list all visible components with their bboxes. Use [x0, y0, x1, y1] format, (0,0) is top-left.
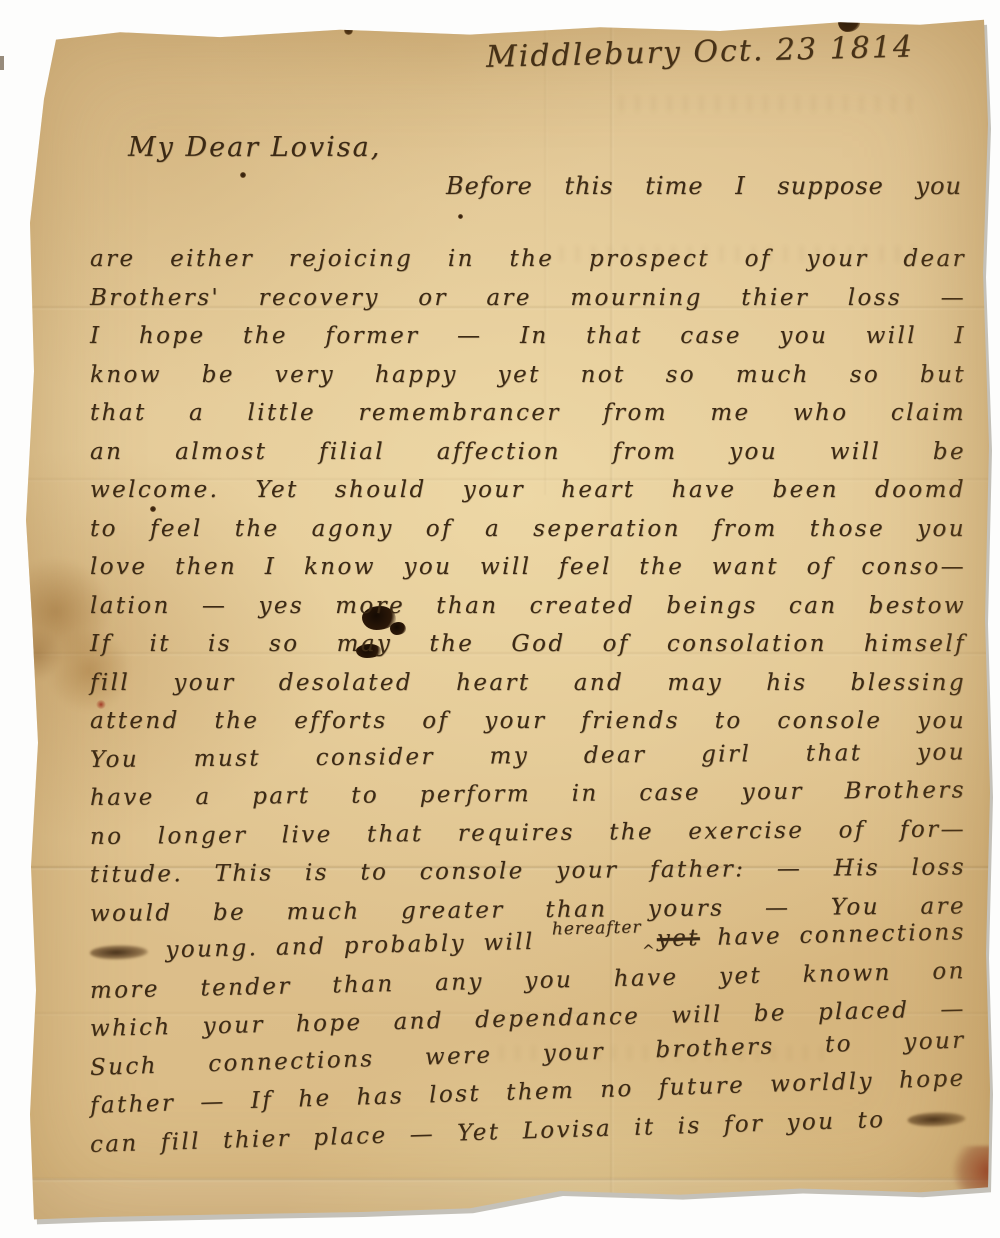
text-segment: fill your desolated heart and may his bl…: [90, 670, 966, 696]
text-segment: attend the efforts of your friends to co…: [90, 708, 966, 734]
text-segment: young. and probably will: [148, 929, 553, 964]
text-segment: Brothers' recovery or are mourning thier…: [90, 285, 966, 311]
text-segment: to feel the agony of a seperation from t…: [90, 516, 966, 542]
letter-line: lation — yes more than created beings ca…: [90, 587, 966, 626]
ink-speck: [458, 214, 463, 219]
text-segment: I hope the former — In that case you wil…: [90, 323, 966, 349]
letter-line: are either rejoicing in the prospect of …: [90, 240, 966, 279]
text-segment: If it is so may the God of consolation h…: [90, 631, 966, 657]
ink-blot: [838, 12, 860, 32]
fold-crease: [0, 1178, 1000, 1182]
text-segment: are either rejoicing in the prospect of …: [90, 246, 966, 272]
insert-segment: hereafter: [552, 917, 642, 939]
text-segment: You must consider my dear girl that you: [90, 739, 966, 773]
salutation: My Dear Lovisa,: [128, 132, 381, 163]
text-segment: no longer live that requires the exercis…: [90, 816, 966, 850]
text-segment: lation — yes more than created beings ca…: [90, 593, 966, 619]
scan-edge-artifact: [0, 56, 4, 70]
text-segment: an almost filial affection from you will…: [90, 439, 966, 465]
letter-line: an almost filial affection from you will…: [90, 433, 966, 472]
caret-segment: ^: [642, 941, 657, 959]
text-segment: have a part to perform in case your Brot…: [90, 777, 966, 811]
letter-line: to feel the agony of a seperation from t…: [90, 510, 966, 549]
dateline: Middlebury Oct. 23 1814: [486, 28, 973, 75]
bottom-fold: [0, 1178, 1000, 1220]
opening-line: Before this time I suppose you: [446, 172, 962, 200]
letter-line: I hope the former — In that case you wil…: [90, 317, 966, 356]
letter-line: that a little remembrancer from me who c…: [90, 394, 966, 433]
letter-line: welcome. Yet should your heart have been…: [90, 471, 966, 510]
smudge-segment: [907, 1111, 965, 1127]
letter-line: fill your desolated heart and may his bl…: [90, 664, 966, 703]
letter-line: Brothers' recovery or are mourning thier…: [90, 279, 966, 318]
strike-segment: yet: [657, 925, 701, 952]
letter-paper: Middlebury Oct. 23 1814 My Dear Lovisa, …: [0, 0, 1000, 1238]
ink-speck: [240, 172, 246, 178]
letter-line: If it is so may the God of consolation h…: [90, 625, 966, 664]
red-speck: [4, 596, 16, 612]
smudge-segment: [90, 945, 148, 960]
text-segment: know be very happy yet not so much so bu…: [90, 362, 966, 388]
letter-line: know be very happy yet not so much so bu…: [90, 356, 966, 395]
ink-speck: [344, 26, 353, 35]
text-segment: love then I know you will feel the want …: [90, 554, 966, 580]
letter-body: are either rejoicing in the prospect of …: [90, 240, 966, 1164]
red-speck: [2, 638, 11, 650]
text-segment: have connections: [700, 919, 967, 951]
text-segment: that a little remembrancer from me who c…: [90, 400, 966, 426]
letter-line: love then I know you will feel the want …: [90, 548, 966, 587]
text-segment: welcome. Yet should your heart have been…: [90, 477, 966, 503]
text-segment: titude. This is to console your father: …: [90, 854, 966, 888]
bleedthrough: [620, 96, 920, 112]
